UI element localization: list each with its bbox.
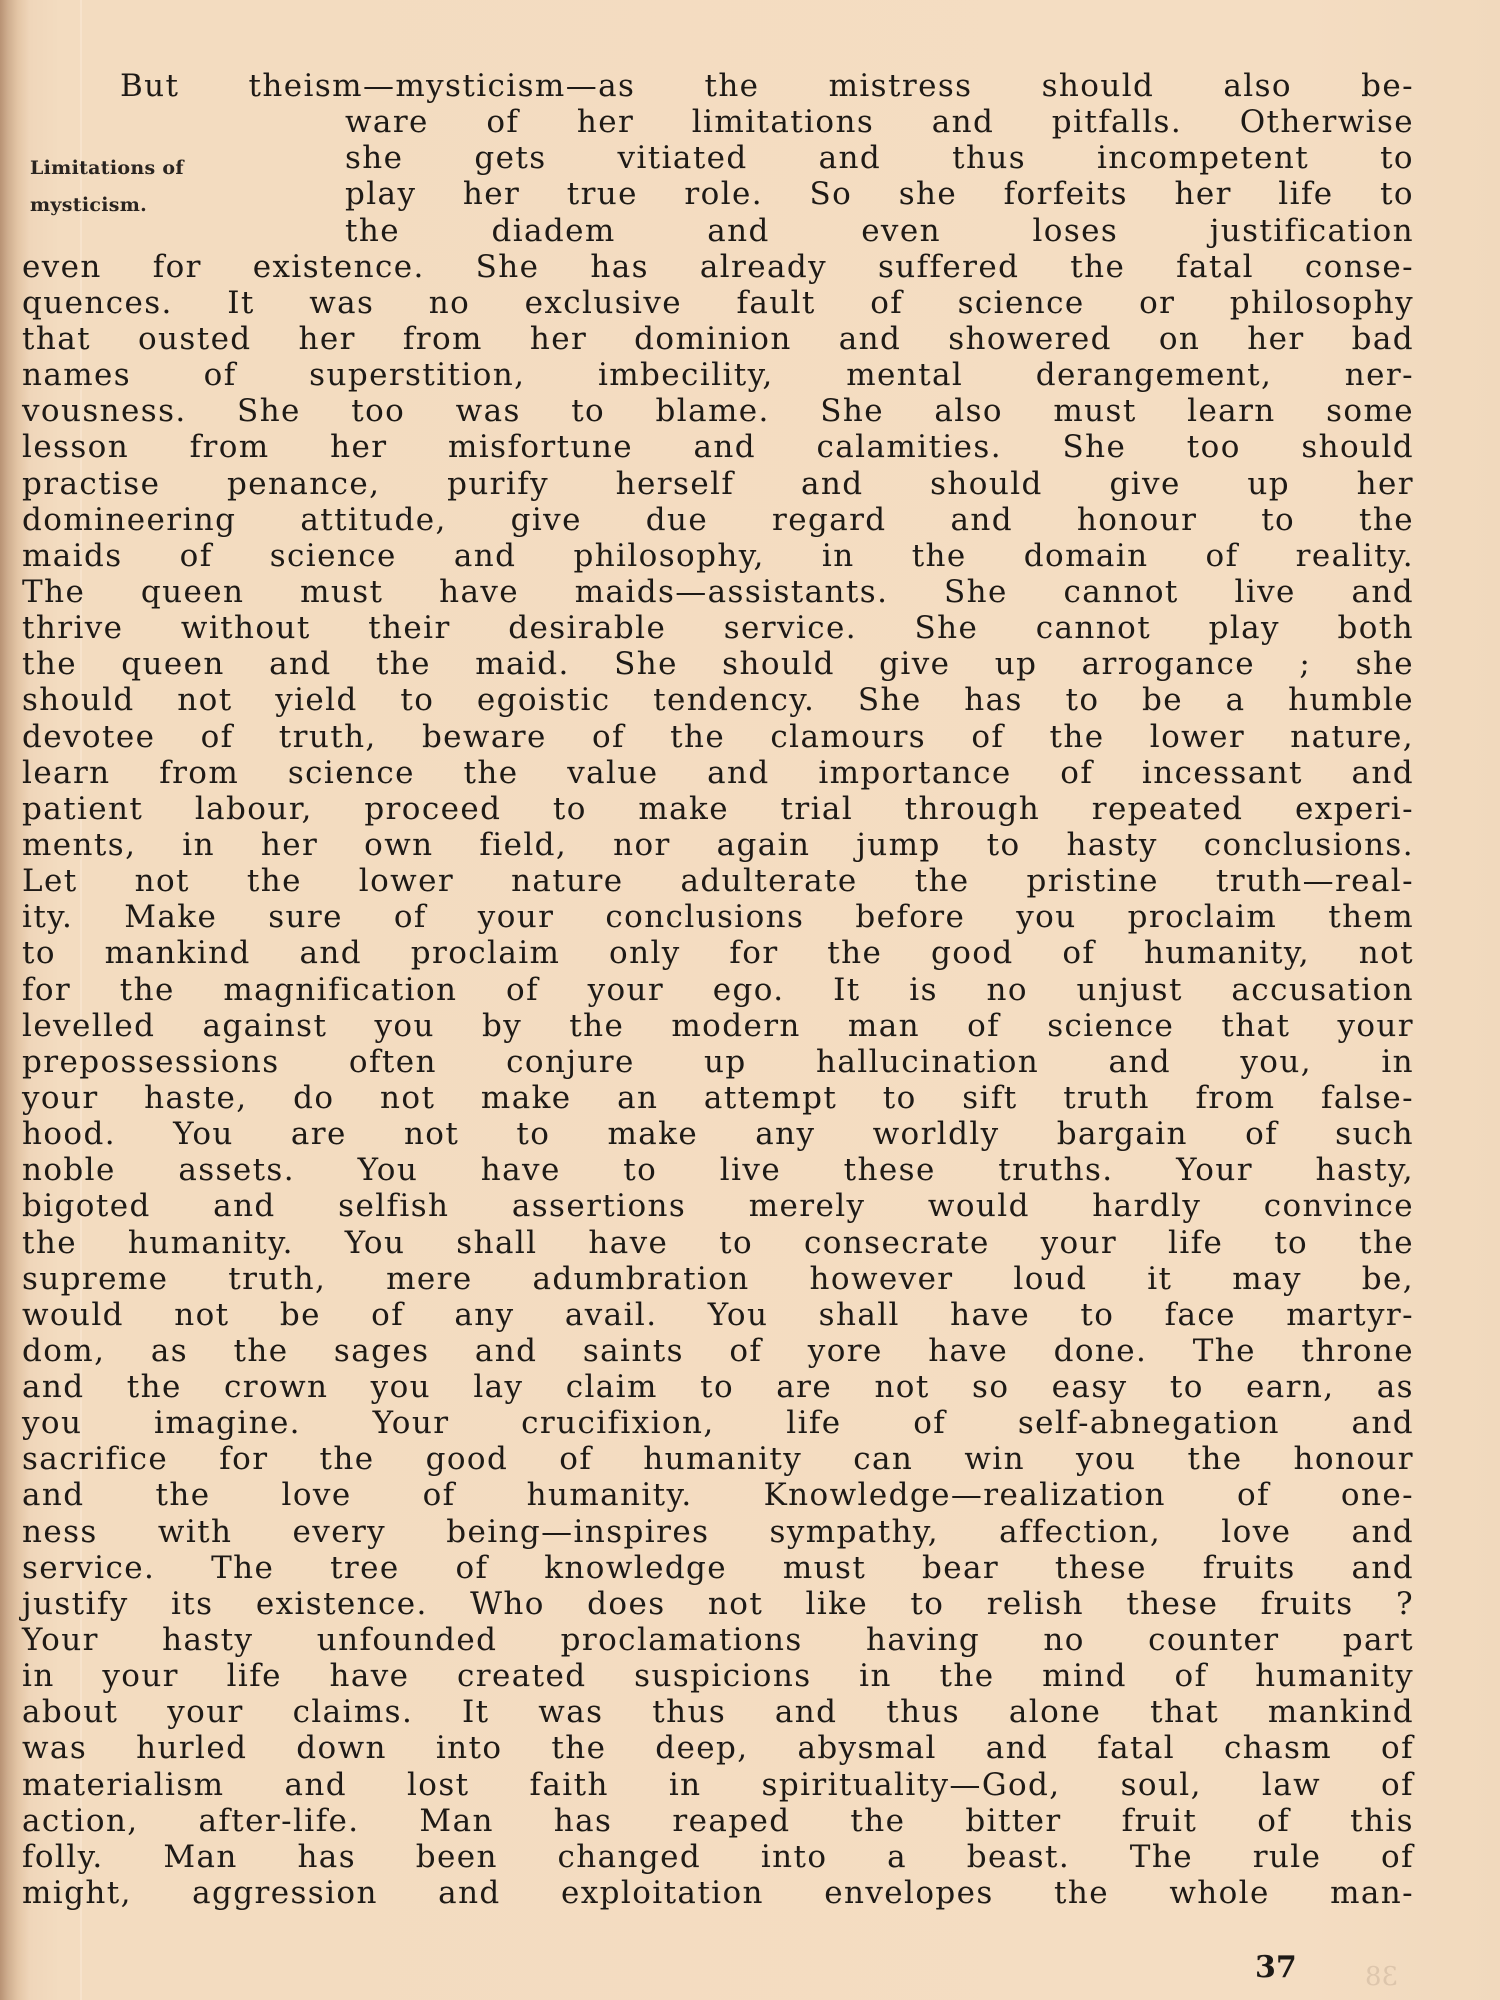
text-line: about your claims. It was thus and thus … <box>22 1694 1414 1730</box>
text-line: the queen and the maid. She should give … <box>22 646 1414 682</box>
text-line: to mankind and proclaim only for the goo… <box>22 935 1414 971</box>
text-line: noble assets. You have to live these tru… <box>22 1152 1414 1188</box>
text-line: The queen must have maids—assistants. Sh… <box>22 574 1414 610</box>
text-line: quences. It was no exclusive fault of sc… <box>22 285 1414 321</box>
text-line: and the crown you lay claim to are not s… <box>22 1369 1414 1405</box>
text-line: thrive without their desirable service. … <box>22 610 1414 646</box>
text-line: you imagine. Your crucifixion, life of s… <box>22 1405 1414 1441</box>
text-line: sacrifice for the good of humanity can w… <box>22 1441 1414 1477</box>
text-line: would not be of any avail. You shall hav… <box>22 1297 1414 1333</box>
text-line: the humanity. You shall have to consecra… <box>22 1225 1414 1261</box>
text-line: ness with every being—inspires sympathy,… <box>22 1514 1414 1550</box>
text-line: hood. You are not to make any worldly ba… <box>22 1116 1414 1152</box>
text-line: practise penance, purify herself and sho… <box>22 466 1414 502</box>
text-line: your haste, do not make an attempt to si… <box>22 1080 1414 1116</box>
text-line: Let not the lower nature adulterate the … <box>22 863 1414 899</box>
text-line: domineering attitude, give due regard an… <box>22 502 1414 538</box>
text-line: But theism—mysticism—as the mistress sho… <box>22 68 1414 104</box>
text-line: in your life have created suspicions in … <box>22 1658 1414 1694</box>
text-line: even for existence. She has already suff… <box>22 249 1414 285</box>
text-line: lesson from her misfortune and calamitie… <box>22 429 1414 465</box>
body-text: But theism—mysticism—as the mistress sho… <box>22 68 1414 1911</box>
text-line: supreme truth, mere adumbration however … <box>22 1261 1414 1297</box>
text-line: might, aggression and exploitation envel… <box>22 1875 1414 1911</box>
text-line: for the magnification of your ego. It is… <box>22 972 1414 1008</box>
text-line: service. The tree of knowledge must bear… <box>22 1550 1414 1586</box>
text-line: the diadem and even loses justification <box>22 213 1414 249</box>
bleed-through-page-number: 38 <box>1365 1962 1398 1992</box>
text-line: should not yield to egoistic tendency. S… <box>22 682 1414 718</box>
text-line: patient labour, proceed to make trial th… <box>22 791 1414 827</box>
text-line: vousness. She too was to blame. She also… <box>22 393 1414 429</box>
text-line: that ousted her from her dominion and sh… <box>22 321 1414 357</box>
text-line: maids of science and philosophy, in the … <box>22 538 1414 574</box>
text-line: play her true role. So she forfeits her … <box>22 176 1414 212</box>
book-page: Limitations of mysticism. But theism—mys… <box>0 0 1500 2000</box>
page-number: 37 <box>1255 1950 1297 1985</box>
text-line: justify its existence. Who does not like… <box>22 1586 1414 1622</box>
text-line: ware of her limitations and pitfalls. Ot… <box>22 104 1414 140</box>
text-line: materialism and lost faith in spirituali… <box>22 1767 1414 1803</box>
text-line: was hurled down into the deep, abysmal a… <box>22 1730 1414 1766</box>
text-line: levelled against you by the modern man o… <box>22 1008 1414 1044</box>
text-line: devotee of truth, beware of the clamours… <box>22 719 1414 755</box>
text-line: ments, in her own field, nor again jump … <box>22 827 1414 863</box>
text-line: she gets vitiated and thus incompetent t… <box>22 140 1414 176</box>
text-line: learn from science the value and importa… <box>22 755 1414 791</box>
text-line: ity. Make sure of your conclusions befor… <box>22 899 1414 935</box>
text-line: folly. Man has been changed into a beast… <box>22 1839 1414 1875</box>
text-line: names of superstition, imbecility, menta… <box>22 357 1414 393</box>
text-line: Your hasty unfounded proclamations havin… <box>22 1622 1414 1658</box>
text-line: dom, as the sages and saints of yore hav… <box>22 1333 1414 1369</box>
text-line: bigoted and selfish assertions merely wo… <box>22 1188 1414 1224</box>
text-line: action, after-life. Man has reaped the b… <box>22 1803 1414 1839</box>
text-line: and the love of humanity. Knowledge—real… <box>22 1477 1414 1513</box>
text-line: prepossessions often conjure up hallucin… <box>22 1044 1414 1080</box>
